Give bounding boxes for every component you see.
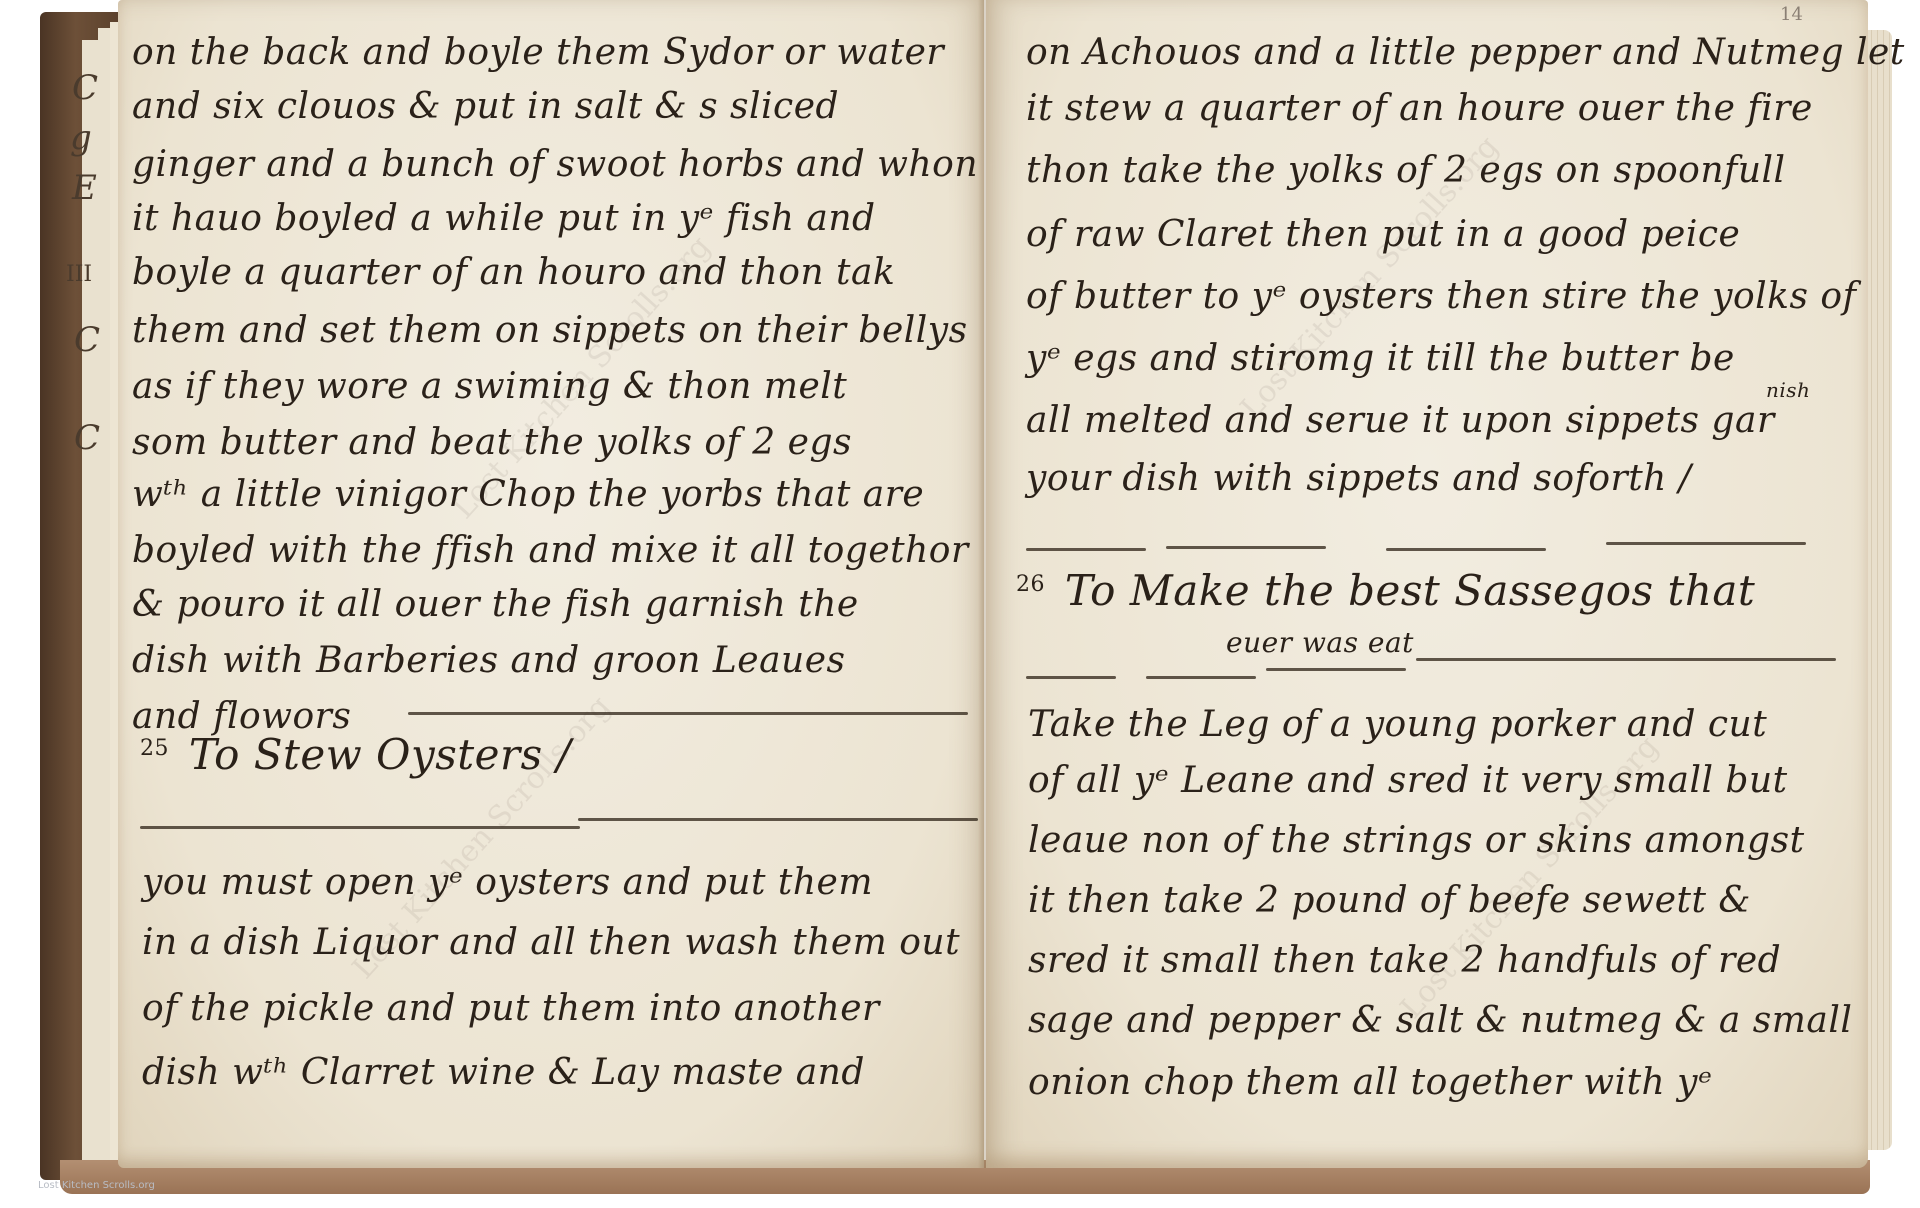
text-line: boyle a quarter of an houro and thon tak	[132, 252, 895, 293]
text-line: of raw Claret then put in a good peice	[1026, 214, 1740, 255]
divider-rule	[1266, 668, 1406, 671]
text-line: and six clouos & put in salt & s sliced	[132, 86, 839, 127]
text-line: it stew a quarter of an houre ouer the f…	[1026, 88, 1813, 129]
recipe-title: To Stew Oysters /	[189, 730, 571, 779]
margin-mark: C	[74, 418, 100, 458]
divider-rule	[1416, 658, 1836, 661]
text-line: on Achouos and a little pepper and Nutme…	[1026, 32, 1905, 73]
text-line: dish with Barberies and groon Leaues	[132, 640, 846, 681]
divider-rule	[1026, 548, 1146, 551]
page-number: 14	[1780, 4, 1803, 25]
text-line: you must open yᵉ oysters and put them	[142, 862, 873, 903]
text-line: som butter and beat the yolks of 2 egs	[132, 422, 852, 463]
text-line: your dish with sippets and soforth /	[1026, 458, 1691, 499]
text-line: yᵉ egs and stiromg it till the butter be	[1026, 338, 1735, 379]
right-page-edges	[1866, 30, 1892, 1150]
text-line: sred it small then take 2 handfuls of re…	[1028, 940, 1781, 981]
text-line: it hauo boyled a while put in yᵉ fish an…	[132, 198, 876, 239]
divider-rule	[1386, 548, 1546, 551]
text-line: on the back and boyle them Sydor or wate…	[132, 32, 944, 73]
divider-rule	[1146, 676, 1256, 679]
recipe-number: 25	[140, 736, 169, 761]
divider-rule	[1166, 546, 1326, 549]
margin-mark: III	[66, 262, 92, 287]
divider-rule	[578, 818, 978, 821]
watermark-credit: Lost Kitchen Scrolls.org	[38, 1180, 155, 1191]
text-line: of butter to yᵉ oysters then stire the y…	[1026, 276, 1856, 317]
margin-mark: C	[72, 68, 98, 108]
divider-rule	[140, 826, 580, 829]
left-page: Lost Kitchen Scrolls.org Lost Kitchen Sc…	[118, 0, 984, 1168]
text-line: it then take 2 pound of beefe sewett &	[1028, 880, 1751, 921]
recipe-heading-26: 26 To Make the best Sassegos that	[1016, 566, 1755, 615]
text-line: leaue non of the strings or skins amongs…	[1028, 820, 1805, 861]
divider-rule	[1026, 676, 1116, 679]
text-line: Take the Leg of a young porker and cut	[1028, 704, 1767, 745]
recipe-heading-25: 25 To Stew Oysters /	[140, 730, 571, 779]
text-line: in a dish Liquor and all then wash them …	[142, 922, 960, 963]
text-line: wᵗʰ a little vinigor Chop the yorbs that…	[132, 474, 924, 515]
text-line: ginger and a bunch of swoot horbs and wh…	[132, 144, 978, 185]
text-line: boyled with the ffish and mixe it all to…	[132, 530, 969, 571]
recipe-title: To Make the best Sassegos that	[1065, 566, 1755, 615]
margin-mark: g	[70, 118, 92, 158]
margin-mark: E	[72, 168, 97, 208]
text-line: of the pickle and put them into another	[142, 988, 880, 1029]
text-line: them and set them on sippets on their be…	[132, 310, 968, 351]
divider-rule	[1606, 542, 1806, 545]
recipe-subtitle: euer was eat	[1226, 626, 1414, 659]
text-line: of all yᵉ Leane and sred it very small b…	[1028, 760, 1788, 801]
text-line: as if they wore a swiming & thon melt	[132, 366, 847, 407]
text-line: & pouro it all ouer the fish garnish the	[132, 584, 859, 625]
divider-rule	[408, 712, 968, 715]
right-page: Lost Kitchen Scrolls.org Lost Kitchen Sc…	[986, 0, 1868, 1168]
margin-mark: C	[74, 320, 100, 360]
text-line: dish wᵗʰ Clarret wine & Lay maste and	[142, 1052, 865, 1093]
recipe-number: 26	[1016, 572, 1045, 597]
text-line: all melted and serue it upon sippets gar	[1026, 400, 1775, 441]
superscript-note: nish	[1766, 378, 1810, 402]
text-line: thon take the yolks of 2 egs on spoonful…	[1026, 150, 1786, 191]
text-line: onion chop them all together with yᵉ	[1028, 1062, 1712, 1103]
text-line: sage and pepper & salt & nutmeg & a smal…	[1028, 1000, 1852, 1041]
